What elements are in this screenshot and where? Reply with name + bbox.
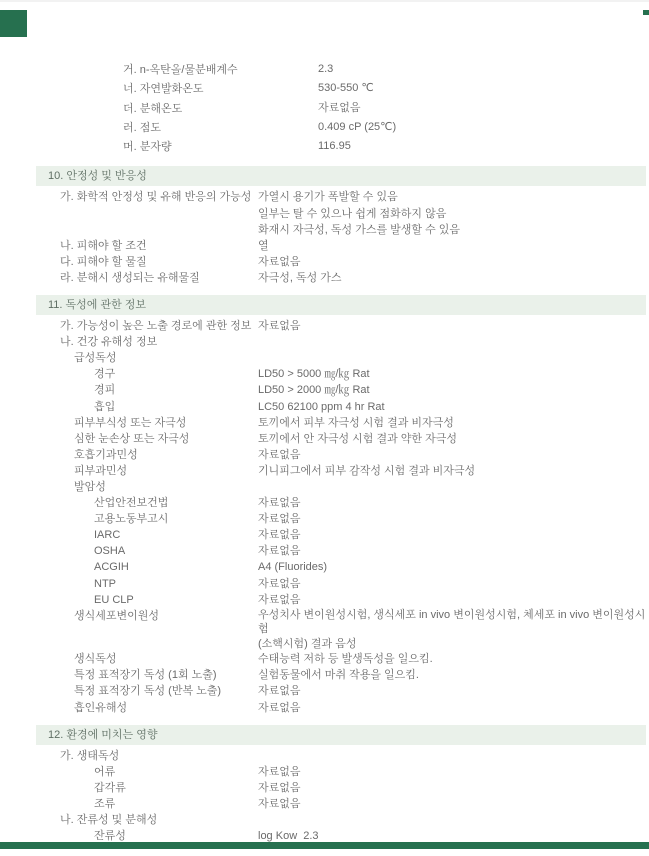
row-label: 심한 눈손상 또는 자극성 xyxy=(74,431,258,447)
row-value-line: 토끼에서 피부 자극성 시험 결과 비자극성 xyxy=(258,415,649,431)
section-rows: 가. 화학적 안정성 및 유해 반응의 가능성가열시 용기가 폭발할 수 있음일… xyxy=(0,189,649,286)
row-value-line: 일부는 탈 수 있으나 쉽게 점화하지 않음 xyxy=(258,206,649,222)
row-value: 자료없음 xyxy=(258,527,649,543)
row-value-line: 자료없음 xyxy=(258,543,649,559)
row-value-line: log Kow 2.3 xyxy=(258,828,649,844)
row-label: 나. 피해야 할 조건 xyxy=(60,238,258,254)
data-row: 경피LD50 > 2000 ㎎/㎏ Rat xyxy=(0,382,649,398)
row-label: ACGIH xyxy=(94,559,258,575)
data-row: 잔류성log Kow 2.3 xyxy=(0,828,649,844)
row-value: 실험동물에서 마취 작용을 일으킴. xyxy=(258,667,649,683)
edge-accent-tick xyxy=(643,10,649,15)
row-value-line: 자료없음 xyxy=(258,683,649,699)
row-value-line: 자료없음 xyxy=(258,495,649,511)
row-value: LD50 > 5000 ㎎/㎏ Rat xyxy=(258,366,649,382)
data-row: 가. 생태독성 xyxy=(0,748,649,764)
row-value-line: 자료없음 xyxy=(258,576,649,592)
row-label: 발암성 xyxy=(74,479,258,495)
row-value: 자료없음 xyxy=(258,576,649,592)
data-row: 라. 분해시 생성되는 유해물질자극성, 독성 가스 xyxy=(0,270,649,286)
row-value-line: 우성치사 변이원성시험, 생식세포 in vivo 변이원성시험, 체세포 in… xyxy=(258,608,649,637)
row-label: OSHA xyxy=(94,543,258,559)
row-label: 나. 잔류성 및 분해성 xyxy=(60,812,258,828)
row-value: log Kow 2.3 xyxy=(258,828,649,844)
row-value-line: 실험동물에서 마취 작용을 일으킴. xyxy=(258,667,649,683)
data-row: NTP자료없음 xyxy=(0,576,649,592)
row-value: LD50 > 2000 ㎎/㎏ Rat xyxy=(258,382,649,398)
section-rows: 가. 가능성이 높은 노출 경로에 관한 정보자료없음나. 건강 유해성 정보급… xyxy=(0,318,649,716)
data-row: 피부부식성 또는 자극성토끼에서 피부 자극성 시험 결과 비자극성 xyxy=(0,415,649,431)
section-header: 11. 독성에 관한 정보 xyxy=(36,295,646,315)
row-label: 라. 분해시 생성되는 유해물질 xyxy=(60,270,258,286)
row-value-line: LD50 > 5000 ㎎/㎏ Rat xyxy=(258,366,649,382)
data-row: 머. 분자량116.95 xyxy=(0,138,649,157)
row-label: 가. 가능성이 높은 노출 경로에 관한 정보 xyxy=(60,318,258,334)
row-label: 너. 자연발화온도 xyxy=(60,80,318,99)
row-value-line: 116.95 xyxy=(318,138,649,154)
page-top-divider xyxy=(0,0,649,2)
row-value: 530-550 ℃ xyxy=(318,80,649,96)
data-row: 경구LD50 > 5000 ㎎/㎏ Rat xyxy=(0,366,649,382)
section-header: 12. 환경에 미치는 영향 xyxy=(36,725,646,745)
row-value-line: 자료없음 xyxy=(258,511,649,527)
row-value: 수태능력 저하 등 발생독성을 일으킴. xyxy=(258,651,649,667)
data-row: 고용노동부고시자료없음 xyxy=(0,511,649,527)
row-label: 다. 피해야 할 물질 xyxy=(60,254,258,270)
data-row: 특정 표적장기 독성 (반복 노출)자료없음 xyxy=(0,683,649,699)
row-label: 갑각류 xyxy=(94,780,258,796)
data-row: 발암성 xyxy=(0,479,649,495)
row-label: 경구 xyxy=(94,366,258,382)
physical-properties-block: 거. n-옥탄올/물분배계수2.3너. 자연발화온도530-550 ℃더. 분해… xyxy=(0,61,649,157)
row-label: 생식세포변이원성 xyxy=(74,608,258,624)
row-value-line: 자료없음 xyxy=(258,447,649,463)
row-value: 자료없음 xyxy=(258,700,649,716)
row-value: 자료없음 xyxy=(258,780,649,796)
section-title: 12. 환경에 미치는 영향 xyxy=(48,729,157,741)
row-value: 토끼에서 피부 자극성 시험 결과 비자극성 xyxy=(258,415,649,431)
row-value: 자료없음 xyxy=(258,318,649,334)
row-value-line: 자료없음 xyxy=(258,254,649,270)
row-value-line: 화재시 자극성, 독성 가스를 발생할 수 있음 xyxy=(258,222,649,238)
data-row: 심한 눈손상 또는 자극성토끼에서 안 자극성 시험 결과 약한 자극성 xyxy=(0,431,649,447)
data-row: 가. 화학적 안정성 및 유해 반응의 가능성가열시 용기가 폭발할 수 있음일… xyxy=(0,189,649,237)
data-row: 어류자료없음 xyxy=(0,764,649,780)
data-row: 산업안전보건법자료없음 xyxy=(0,495,649,511)
row-value-line: 자료없음 xyxy=(258,527,649,543)
data-row: EU CLP자료없음 xyxy=(0,592,649,608)
section-header: 10. 안정성 및 반응성 xyxy=(36,166,646,186)
row-value: 자료없음 xyxy=(258,511,649,527)
row-value-line: LD50 > 2000 ㎎/㎏ Rat xyxy=(258,382,649,398)
row-value-line: 0.409 cP (25℃) xyxy=(318,119,649,135)
row-label: 흡인유해성 xyxy=(74,700,258,716)
row-label: 생식독성 xyxy=(74,651,258,667)
row-value: 자료없음 xyxy=(258,543,649,559)
section-rows: 가. 생태독성어류자료없음갑각류자료없음조류자료없음나. 잔류성 및 분해성잔류… xyxy=(0,748,649,845)
data-row: 흡입LC50 62100 ppm 4 hr Rat xyxy=(0,399,649,415)
row-value: 자료없음 xyxy=(258,495,649,511)
row-value-line: 토끼에서 안 자극성 시험 결과 약한 자극성 xyxy=(258,431,649,447)
row-label: NTP xyxy=(94,576,258,592)
row-value-line: 자료없음 xyxy=(258,700,649,716)
data-row: 흡인유해성자료없음 xyxy=(0,700,649,716)
row-value-line: 자료없음 xyxy=(258,592,649,608)
row-label: 호흡기과민성 xyxy=(74,447,258,463)
data-row: 더. 분해온도자료없음 xyxy=(0,100,649,119)
row-value-line: 기니피그에서 피부 감작성 시험 결과 비자극성 xyxy=(258,463,649,479)
row-label: 러. 점도 xyxy=(60,119,318,138)
data-row: 다. 피해야 할 물질자료없음 xyxy=(0,254,649,270)
row-label: 거. n-옥탄올/물분배계수 xyxy=(60,61,318,80)
row-label: 특정 표적장기 독성 (반복 노출) xyxy=(74,683,258,699)
row-label: 조류 xyxy=(94,796,258,812)
data-row: 가. 가능성이 높은 노출 경로에 관한 정보자료없음 xyxy=(0,318,649,334)
data-row: 갑각류자료없음 xyxy=(0,780,649,796)
row-value: 자료없음 xyxy=(258,447,649,463)
data-row: 너. 자연발화온도530-550 ℃ xyxy=(0,80,649,99)
row-value-line: 열 xyxy=(258,238,649,254)
row-value-line: 가열시 용기가 폭발할 수 있음 xyxy=(258,189,649,205)
data-row: 호흡기과민성자료없음 xyxy=(0,447,649,463)
row-label: 경피 xyxy=(94,382,258,398)
row-value: 자료없음 xyxy=(258,592,649,608)
data-row: 피부과민성기니피그에서 피부 감작성 시험 결과 비자극성 xyxy=(0,463,649,479)
row-value: 자료없음 xyxy=(258,796,649,812)
row-value-line: 자료없음 xyxy=(258,764,649,780)
row-label: 흡입 xyxy=(94,399,258,415)
row-value: 자료없음 xyxy=(258,254,649,270)
row-value-line: 530-550 ℃ xyxy=(318,80,649,96)
row-value: 0.409 cP (25℃) xyxy=(318,119,649,135)
row-value-line: LC50 62100 ppm 4 hr Rat xyxy=(258,399,649,415)
sections-container: 10. 안정성 및 반응성가. 화학적 안정성 및 유해 반응의 가능성가열시 … xyxy=(0,166,649,844)
row-value: A4 (Fluorides) xyxy=(258,559,649,575)
row-value: 2.3 xyxy=(318,61,649,77)
data-row: OSHA자료없음 xyxy=(0,543,649,559)
document-content: 거. n-옥탄올/물분배계수2.3너. 자연발화온도530-550 ℃더. 분해… xyxy=(0,61,649,844)
data-row: 나. 피해야 할 조건열 xyxy=(0,238,649,254)
data-row: 러. 점도0.409 cP (25℃) xyxy=(0,119,649,138)
row-label: 가. 생태독성 xyxy=(60,748,258,764)
row-value-line: 자료없음 xyxy=(258,796,649,812)
data-row: 특정 표적장기 독성 (1회 노출)실험동물에서 마취 작용을 일으킴. xyxy=(0,667,649,683)
row-value: 자료없음 xyxy=(318,100,649,116)
row-value: 자극성, 독성 가스 xyxy=(258,270,649,286)
row-value-line: 2.3 xyxy=(318,61,649,77)
row-label: 피부부식성 또는 자극성 xyxy=(74,415,258,431)
row-label: 피부과민성 xyxy=(74,463,258,479)
msds-document-page: { "page": { "background": "#ffffff", "te… xyxy=(0,0,649,856)
row-label: 산업안전보건법 xyxy=(94,495,258,511)
row-label: IARC xyxy=(94,527,258,543)
data-row: IARC자료없음 xyxy=(0,527,649,543)
row-value: 가열시 용기가 폭발할 수 있음일부는 탈 수 있으나 쉽게 점화하지 않음화재… xyxy=(258,189,649,237)
row-value: 기니피그에서 피부 감작성 시험 결과 비자극성 xyxy=(258,463,649,479)
row-value: 우성치사 변이원성시험, 생식세포 in vivo 변이원성시험, 체세포 in… xyxy=(258,608,649,652)
data-row: ACGIHA4 (Fluorides) xyxy=(0,559,649,575)
row-label: 특정 표적장기 독성 (1회 노출) xyxy=(74,667,258,683)
row-value: 자료없음 xyxy=(258,683,649,699)
corner-accent-square xyxy=(0,10,27,37)
row-value-line: 자료없음 xyxy=(318,100,649,116)
row-label: 고용노동부고시 xyxy=(94,511,258,527)
row-label: 더. 분해온도 xyxy=(60,100,318,119)
row-label: 나. 건강 유해성 정보 xyxy=(60,334,258,350)
data-row: 생식세포변이원성우성치사 변이원성시험, 생식세포 in vivo 변이원성시험… xyxy=(0,608,649,652)
section-title: 11. 독성에 관한 정보 xyxy=(48,299,146,311)
row-label: 잔류성 xyxy=(94,828,258,844)
row-value-line: (소핵시험) 결과 음성 xyxy=(258,637,649,652)
row-label: 어류 xyxy=(94,764,258,780)
row-label: EU CLP xyxy=(94,592,258,608)
section-title: 10. 안정성 및 반응성 xyxy=(48,170,147,182)
row-label: 머. 분자량 xyxy=(60,138,318,157)
data-row: 나. 잔류성 및 분해성 xyxy=(0,812,649,828)
data-row: 생식독성수태능력 저하 등 발생독성을 일으킴. xyxy=(0,651,649,667)
row-value-line: A4 (Fluorides) xyxy=(258,559,649,575)
data-row: 나. 건강 유해성 정보 xyxy=(0,334,649,350)
data-row: 거. n-옥탄올/물분배계수2.3 xyxy=(0,61,649,80)
row-value: 116.95 xyxy=(318,138,649,154)
row-label: 가. 화학적 안정성 및 유해 반응의 가능성 xyxy=(60,189,258,205)
row-value-line: 자료없음 xyxy=(258,780,649,796)
row-value-line: 자극성, 독성 가스 xyxy=(258,270,649,286)
row-label: 급성독성 xyxy=(74,350,258,366)
row-value: LC50 62100 ppm 4 hr Rat xyxy=(258,399,649,415)
row-value-line: 수태능력 저하 등 발생독성을 일으킴. xyxy=(258,651,649,667)
data-row: 조류자료없음 xyxy=(0,796,649,812)
row-value-line: 자료없음 xyxy=(258,318,649,334)
row-value: 토끼에서 안 자극성 시험 결과 약한 자극성 xyxy=(258,431,649,447)
data-row: 급성독성 xyxy=(0,350,649,366)
row-value: 열 xyxy=(258,238,649,254)
row-value: 자료없음 xyxy=(258,764,649,780)
